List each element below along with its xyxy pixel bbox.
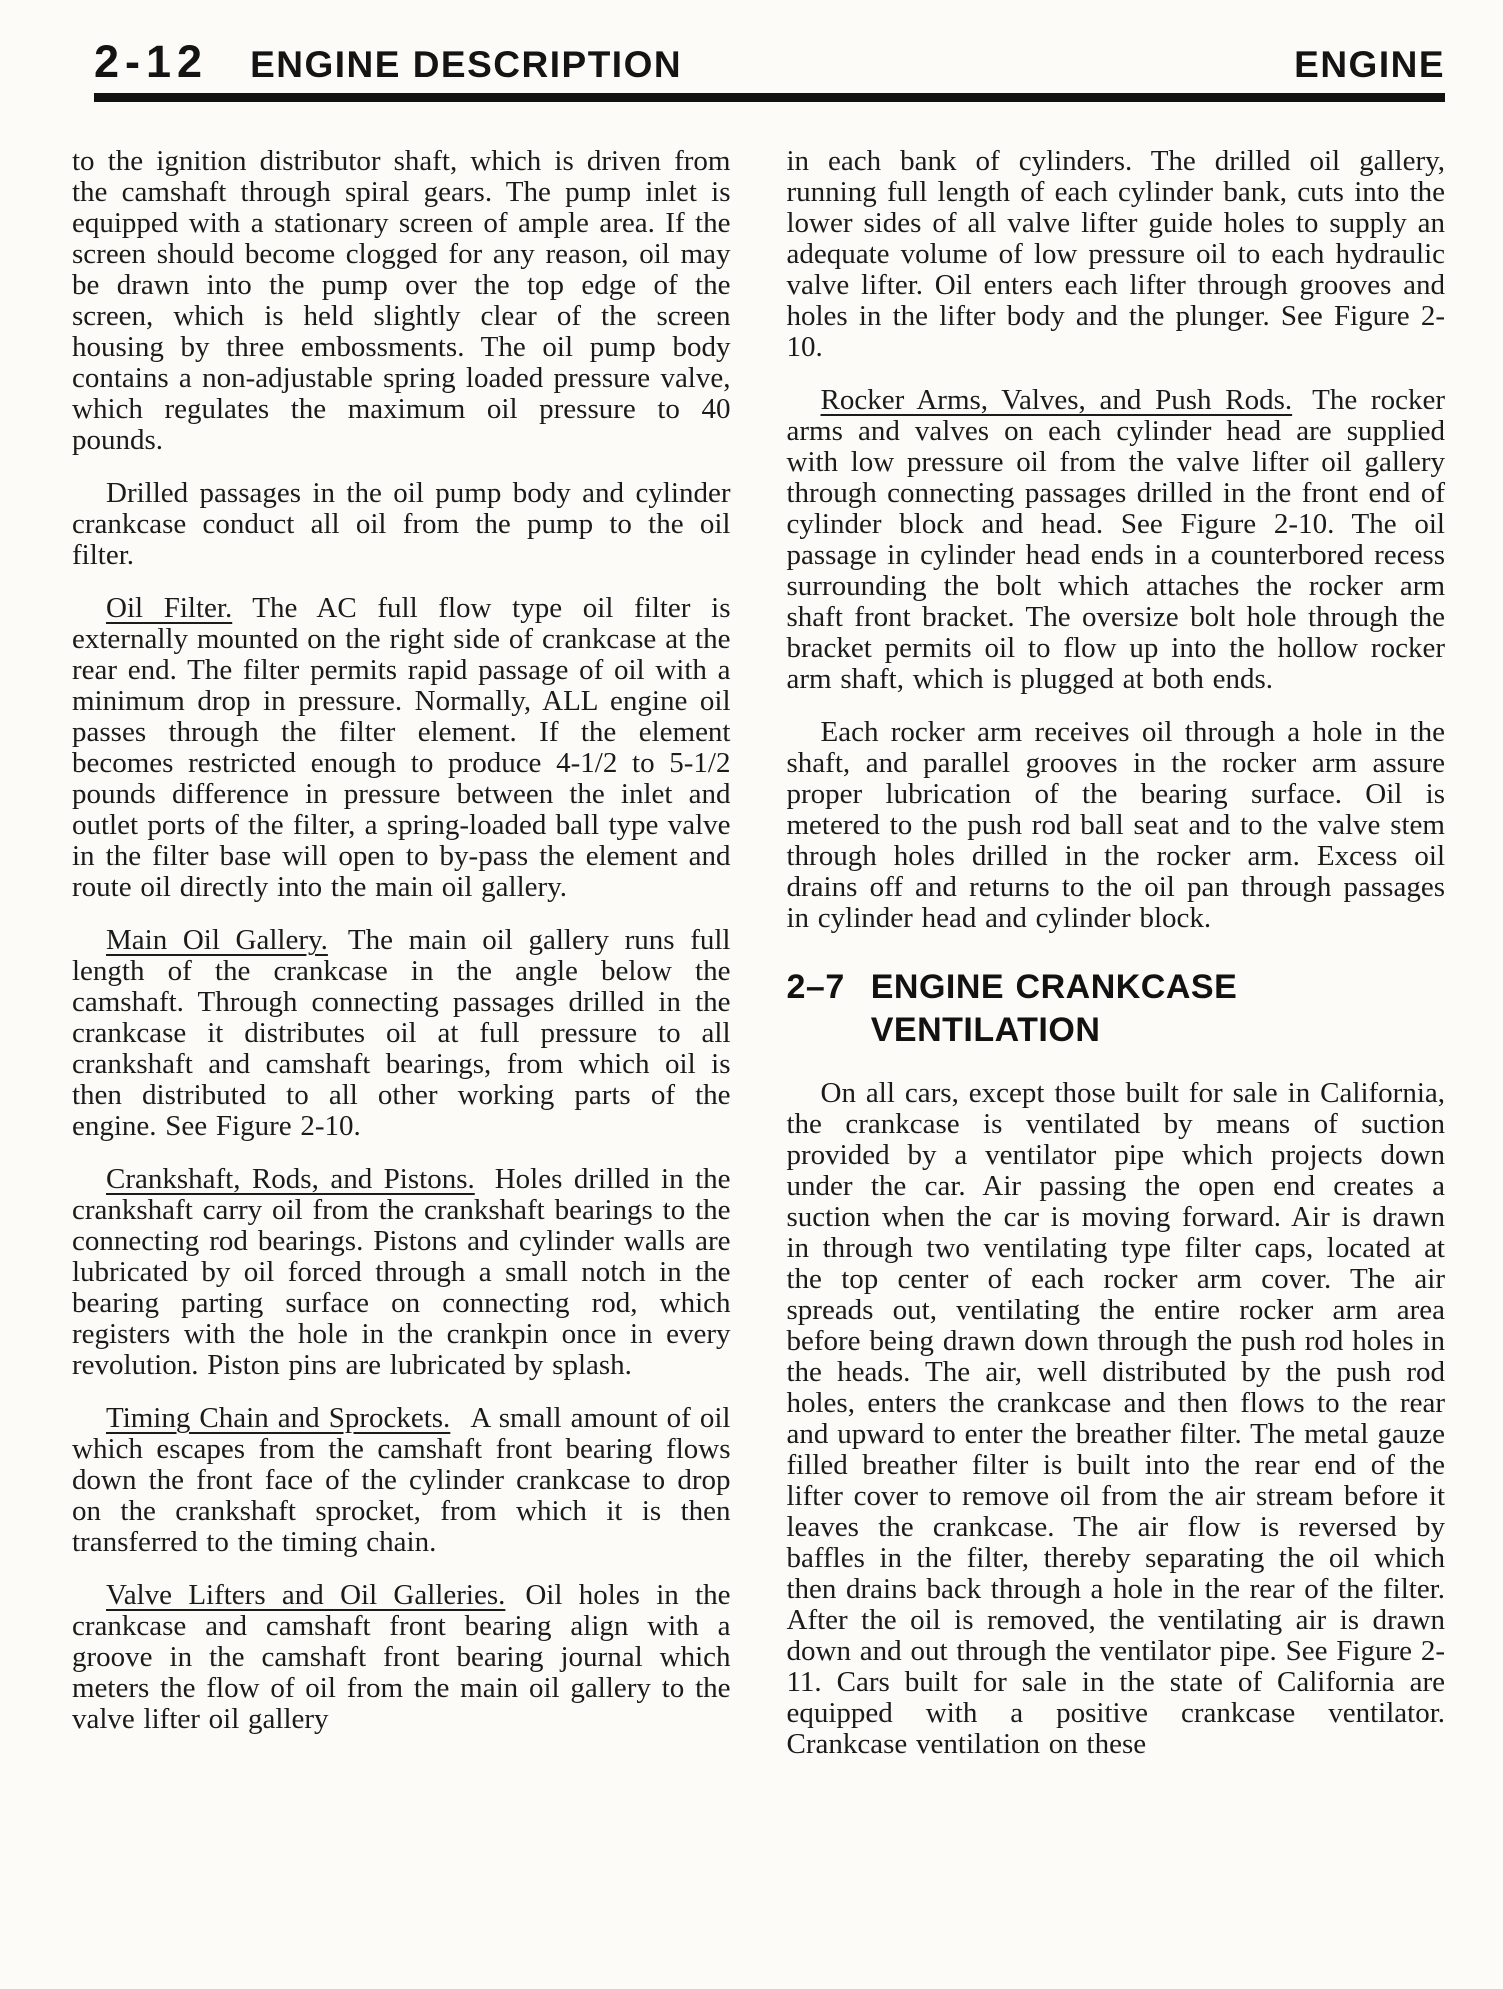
section-title-line-1: ENGINE CRANKCASE [871,966,1238,1009]
paragraph-main-oil-gallery: Main Oil Gallery.The main oil gallery ru… [72,925,731,1142]
manual-page: 2-12 ENGINE DESCRIPTION ENGINE to the ig… [0,0,1503,1989]
paragraph-crankcase-ventilation: On all cars, except those built for sale… [787,1078,1446,1760]
runin-heading-valve-lifters-oil-galleries: Valve Lifters and Oil Galleries. [106,1579,505,1611]
header-left-group: 2-12 ENGINE DESCRIPTION [94,36,682,88]
paragraph-text: Holes drilled in the crankshaft carry oi… [72,1163,731,1381]
paragraph-text: Drilled passages in the oil pump body an… [72,477,731,571]
paragraph-text: in each bank of cylinders. The drilled o… [787,145,1446,363]
running-chapter-title: ENGINE [1294,44,1445,86]
continuation-paragraph: to the ignition distributor shaft, which… [72,146,731,456]
paragraph-drilled-passages: Drilled passages in the oil pump body an… [72,478,731,571]
header-rule [94,93,1445,102]
page-header: 2-12 ENGINE DESCRIPTION ENGINE [94,36,1445,88]
paragraph-text: On all cars, except those built for sale… [787,1077,1446,1760]
right-column: in each bank of cylinders. The drilled o… [787,146,1446,1760]
page-columns: to the ignition distributor shaft, which… [72,146,1445,1760]
runin-heading-rocker-arms-valves-push-rods: Rocker Arms, Valves, and Push Rods. [821,384,1293,416]
paragraph-text: to the ignition distributor shaft, which… [72,145,731,456]
left-column: to the ignition distributor shaft, which… [72,146,731,1760]
paragraph-oil-filter: Oil Filter.The AC full flow type oil fil… [72,593,731,903]
paragraph-timing-chain-sprockets: Timing Chain and Sprockets.A small amoun… [72,1403,731,1558]
section-title-lines: ENGINE CRANKCASE VENTILATION [871,966,1238,1052]
page-number: 2-12 [94,36,208,88]
runin-heading-crankshaft-rods-pistons: Crankshaft, Rods, and Pistons. [106,1163,475,1195]
runin-heading-oil-filter: Oil Filter. [106,592,232,624]
section-title-line-2: VENTILATION [871,1009,1238,1052]
paragraph-rocker-arms-valves-push-rods: Rocker Arms, Valves, and Push Rods.The r… [787,385,1446,695]
runin-heading-timing-chain-sprockets: Timing Chain and Sprockets. [106,1402,450,1434]
running-section-title: ENGINE DESCRIPTION [250,44,682,86]
paragraph-text: The AC full flow type oil filter is exte… [72,592,731,903]
section-number: 2–7 [787,966,845,1052]
paragraph-valve-lifters-oil-galleries: Valve Lifters and Oil Galleries.Oil hole… [72,1580,731,1735]
paragraph-text: Each rocker arm receives oil through a h… [787,716,1446,934]
paragraph-each-rocker-arm: Each rocker arm receives oil through a h… [787,717,1446,934]
runin-heading-main-oil-gallery: Main Oil Gallery. [106,924,328,956]
paragraph-crankshaft-rods-pistons: Crankshaft, Rods, and Pistons.Holes dril… [72,1164,731,1381]
continuation-paragraph: in each bank of cylinders. The drilled o… [787,146,1446,363]
paragraph-text: The rocker arms and valves on each cylin… [787,384,1446,695]
section-heading-2-7: 2–7 ENGINE CRANKCASE VENTILATION [787,966,1446,1052]
paragraph-text: The main oil gallery runs full length of… [72,924,731,1142]
